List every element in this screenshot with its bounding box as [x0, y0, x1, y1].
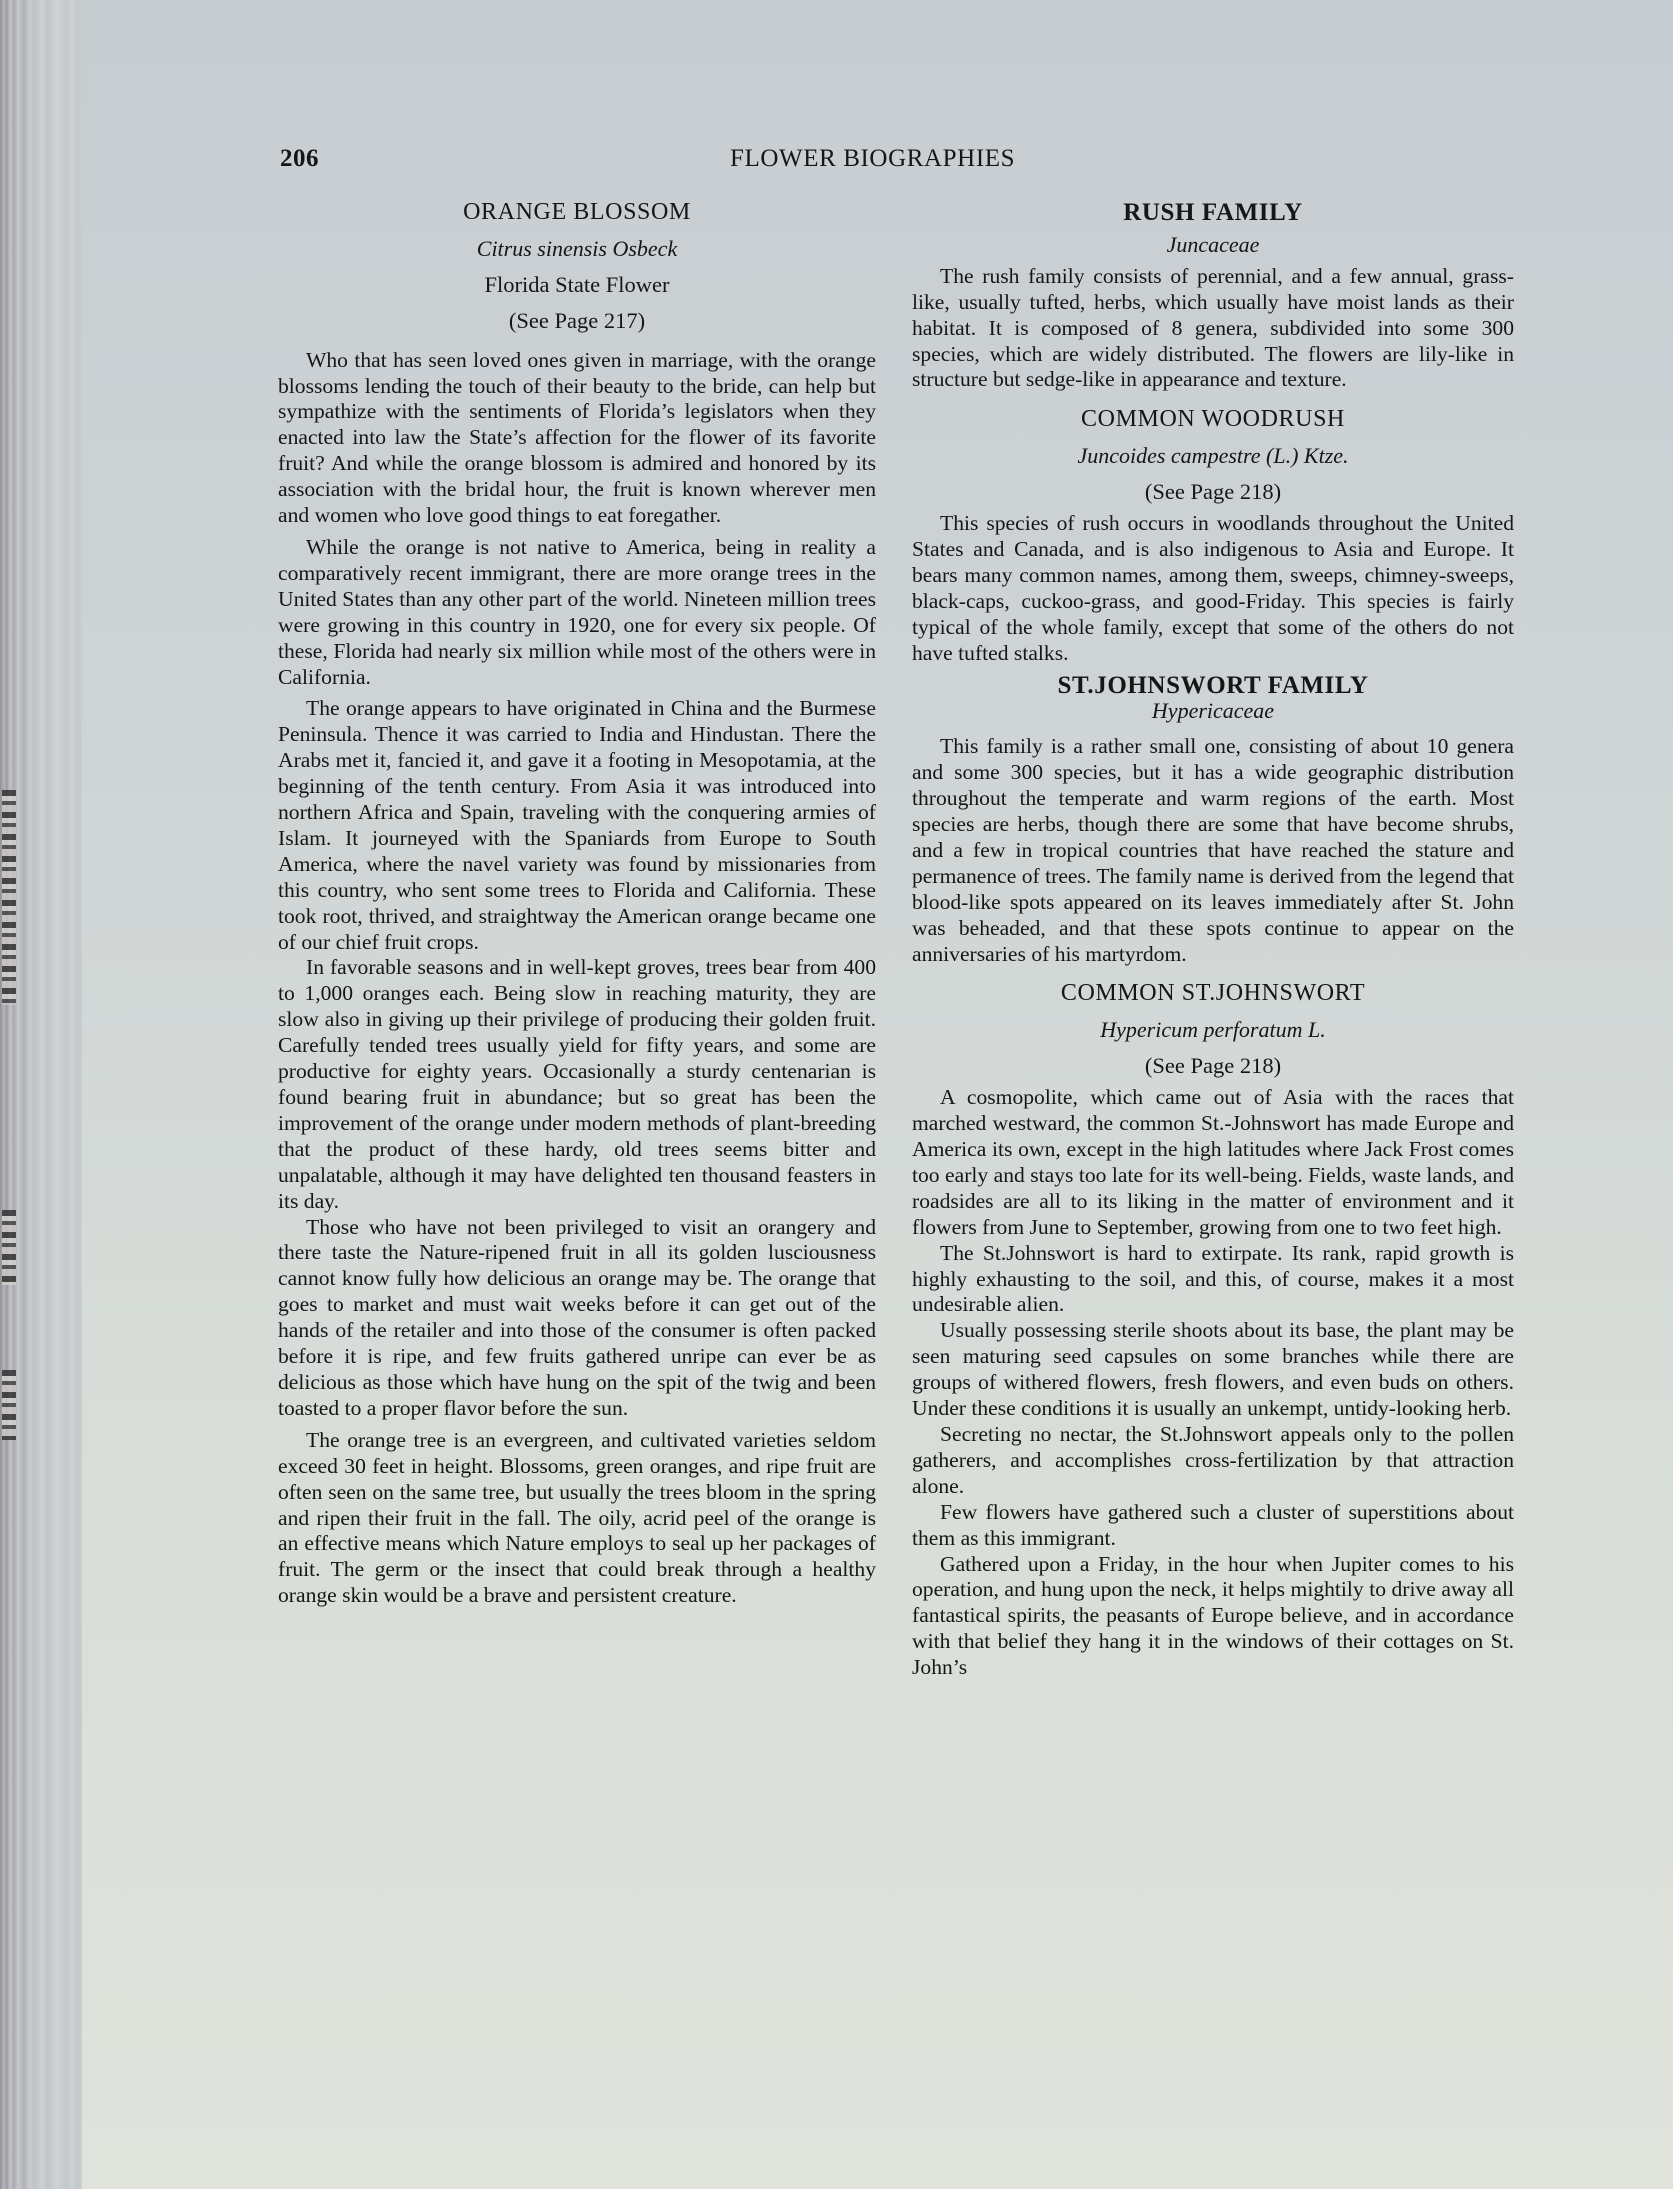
scientific-name: Juncaceae [912, 232, 1514, 258]
section-title: COMMON WOODRUSH [912, 407, 1514, 433]
paragraph: This family is a rather small one, consi… [912, 734, 1514, 967]
section-common-woodrush: COMMON WOODRUSH Juncoides campestre (L.)… [912, 407, 1514, 666]
adjacent-page-text-fragment [2, 790, 16, 1005]
section-subtitle: Florida State Flower [278, 272, 876, 298]
paragraph: In favorable seasons and in well-kept gr… [278, 955, 876, 1214]
paragraph: While the orange is not native to Americ… [278, 535, 876, 690]
paragraph: The rush family consists of perennial, a… [912, 264, 1514, 394]
paragraph: Gathered upon a Friday, in the hour when… [912, 1552, 1514, 1682]
paragraph: Few flowers have gathered such a cluster… [912, 1500, 1514, 1552]
see-page-reference: (See Page 217) [278, 308, 876, 334]
running-header: 206 FLOWER BIOGRAPHIES [280, 145, 1500, 185]
paragraph: Who that has seen loved ones given in ma… [278, 348, 876, 529]
page-number: 206 [280, 145, 319, 173]
paragraph: This species of rush occurs in woodlands… [912, 511, 1514, 666]
paragraph: Those who have not been privileged to vi… [278, 1215, 876, 1422]
scientific-name: Citrus sinensis Osbeck [278, 236, 876, 262]
section-common-st-johnswort: COMMON ST.JOHNSWORT Hypericum perforatum… [912, 981, 1514, 1681]
section-rush-family: RUSH FAMILY Juncaceae The rush family co… [912, 200, 1514, 393]
adjacent-page-text-fragment [2, 1210, 16, 1285]
see-page-reference: (See Page 218) [912, 479, 1514, 505]
paragraph: The orange appears to have originated in… [278, 696, 876, 955]
see-page-reference: (See Page 218) [912, 1053, 1514, 1079]
section-title: COMMON ST.JOHNSWORT [912, 981, 1514, 1007]
left-column: ORANGE BLOSSOM Citrus sinensis Osbeck Fl… [278, 200, 876, 1609]
right-column: RUSH FAMILY Juncaceae The rush family co… [912, 200, 1514, 1681]
scientific-name: Hypericaceae [912, 698, 1514, 724]
paragraph: The St.Johnswort is hard to extirpate. I… [912, 1241, 1514, 1319]
scientific-name: Hypericum perforatum L. [912, 1017, 1514, 1043]
paragraph: The orange tree is an evergreen, and cul… [278, 1428, 876, 1609]
section-orange-blossom: ORANGE BLOSSOM Citrus sinensis Osbeck Fl… [278, 200, 876, 1609]
paragraph: A cosmopolite, which came out of Asia wi… [912, 1085, 1514, 1240]
section-title: ST.JOHNSWORT FAMILY [912, 673, 1514, 699]
book-page-edges [0, 0, 82, 2189]
running-title: FLOWER BIOGRAPHIES [730, 145, 1015, 173]
paragraph: Usually possessing sterile shoots about … [912, 1318, 1514, 1422]
scientific-name: Juncoides campestre (L.) Ktze. [912, 443, 1514, 469]
section-title: ORANGE BLOSSOM [278, 200, 876, 226]
paragraph: Secreting no nectar, the St.Johnswort ap… [912, 1422, 1514, 1500]
adjacent-page-text-fragment [2, 1370, 16, 1440]
section-title: RUSH FAMILY [912, 200, 1514, 226]
section-st-johnswort-family: ST.JOHNSWORT FAMILY Hypericaceae This fa… [912, 673, 1514, 968]
